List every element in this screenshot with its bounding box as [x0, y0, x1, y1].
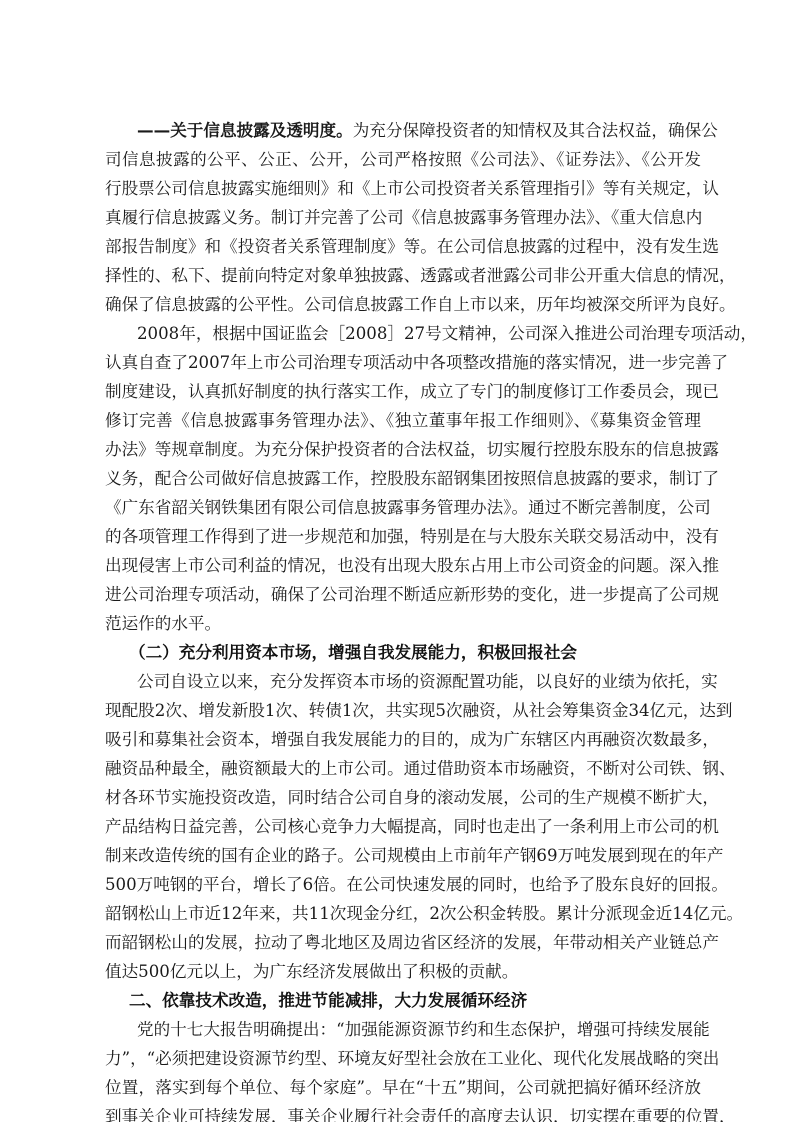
paragraph-line: 位置，落实到每个单位、每个家庭”。早在“十五”期间，公司就把搞好循环经济放: [105, 1076, 701, 1100]
paragraph-line: 材各环节实施投资改造，同时结合公司自身的滚动发展，公司的生产规模不断扩大，: [105, 786, 701, 810]
paragraph-line: 认真自查了2007年上市公司治理专项活动中各项整改措施的落实情况，进一步完善了: [105, 351, 701, 375]
paragraph-line: 而韶钢松山的发展，拉动了粤北地区及周边省区经济的发展，年带动相关产业链总产: [105, 931, 701, 955]
paragraph-line: 择性的、私下、提前向特定对象单独披露、透露或者泄露公司非公开重大信息的情况，: [105, 264, 701, 288]
paragraph-line: 进公司治理专项活动，确保了公司治理不断适应新形势的变化，进一步提高了公司规: [105, 583, 701, 607]
section-heading: （二）充分利用资本市场，增强自我发展能力，积极回报社会: [129, 641, 577, 665]
paragraph-line: 制度建设，认真抓好制度的执行落实工作，成立了专门的制度修订工作委员会，现已: [105, 380, 701, 404]
paragraph-line: 义务，配合公司做好信息披露工作，控股股东韶钢集团按照信息披露的要求，制订了: [105, 467, 701, 491]
paragraph-line: 现配股2次、增发新股1次、转债1次，共实现5次融资，从社会筹集资金34亿元，达到: [105, 699, 701, 723]
paragraph-line: 修订完善《信息披露事务管理办法》、《独立董事年报工作细则》、《募集资金管理: [105, 409, 701, 433]
paragraph-line: 产品结构日益完善，公司核心竞争力大幅提高，同时也走出了一条利用上市公司的机: [105, 815, 701, 839]
paragraph-line: 部报告制度》和《投资者关系管理制度》等。在公司信息披露的过程中，没有发生选: [105, 235, 701, 259]
paragraph-line: 党的十七大报告明确提出：“加强能源资源节约和生态保护，增强可持续发展能: [137, 1018, 701, 1042]
paragraph-line: 2008年，根据中国证监会［2008］27号文精神，公司深入推进公司治理专项活动…: [137, 322, 701, 346]
paragraph-line: 韶钢松山上市近12年来，共11次现金分红，2次公积金转股。累计分派现金近14亿元…: [105, 902, 701, 926]
paragraph-line: 吸引和募集社会资本，增强自我发展能力的目的，成为广东辖区内再融资次数最多，: [105, 728, 701, 752]
paragraph-line: 力”，“必须把建设资源节约型、环境友好型社会放在工业化、现代化发展战略的突出: [105, 1047, 701, 1071]
paragraph-line: 《广东省韶关钢铁集团有限公司信息披露事务管理办法》。通过不断完善制度，公司: [105, 496, 701, 520]
paragraph-line: 500万吨钢的平台，增长了6倍。在公司快速发展的同时，也给予了股东良好的回报。: [105, 873, 701, 897]
paragraph-line: ——关于信息披露及透明度。为充分保障投资者的知情权及其合法权益，确保公: [137, 119, 701, 143]
document-page: ——关于信息披露及透明度。为充分保障投资者的知情权及其合法权益，确保公 司信息披…: [0, 0, 793, 1122]
paragraph-line: 出现侵害上市公司利益的情况，也没有出现大股东占用上市公司资金的问题。深入推: [105, 554, 701, 578]
paragraph-line: 真履行信息披露义务。制订并完善了公司《信息披露事务管理办法》、《重大信息内: [105, 206, 701, 230]
paragraph-line: 确保了信息披露的公平性。公司信息披露工作自上市以来，历年均被深交所评为良好。: [105, 293, 701, 317]
paragraph-line: 行股票公司信息披露实施细则》和《上市公司投资者关系管理指引》等有关规定，认: [105, 177, 701, 201]
paragraph-line: 办法》等规章制度。为充分保护投资者的合法权益，切实履行控股东股东的信息披露: [105, 438, 701, 462]
paragraph-line: 的各项管理工作得到了进一步规范和加强，特别是在与大股东关联交易活动中，没有: [105, 525, 701, 549]
paragraph-line: 值达500亿元以上，为广东经济发展做出了积极的贡献。: [105, 960, 701, 984]
paragraph-line: 公司自设立以来，充分发挥资本市场的资源配置功能，以良好的业绩为依托，实: [137, 670, 701, 694]
section-heading: 二、依靠技术改造，推进节能减排，大力发展循环经济: [129, 989, 527, 1013]
paragraph-line: 融资品种最全，融资额最大的上市公司。通过借助资本市场融资，不断对公司铁、钢、: [105, 757, 701, 781]
paragraph-line: 范运作的水平。: [105, 612, 701, 636]
paragraph-line: 司信息披露的公平、公正、公开，公司严格按照《公司法》、《证券法》、《公开发: [105, 148, 701, 172]
section-lead-heading: ——关于信息披露及透明度。: [137, 121, 353, 140]
paragraph-line: 制来改造传统的国有企业的路子。公司规模由上市前年产钢69万吨发展到现在的年产: [105, 844, 701, 868]
paragraph-line: 到事关企业可持续发展，事关企业履行社会责任的高度去认识，切实摆在重要的位置，: [105, 1105, 701, 1122]
